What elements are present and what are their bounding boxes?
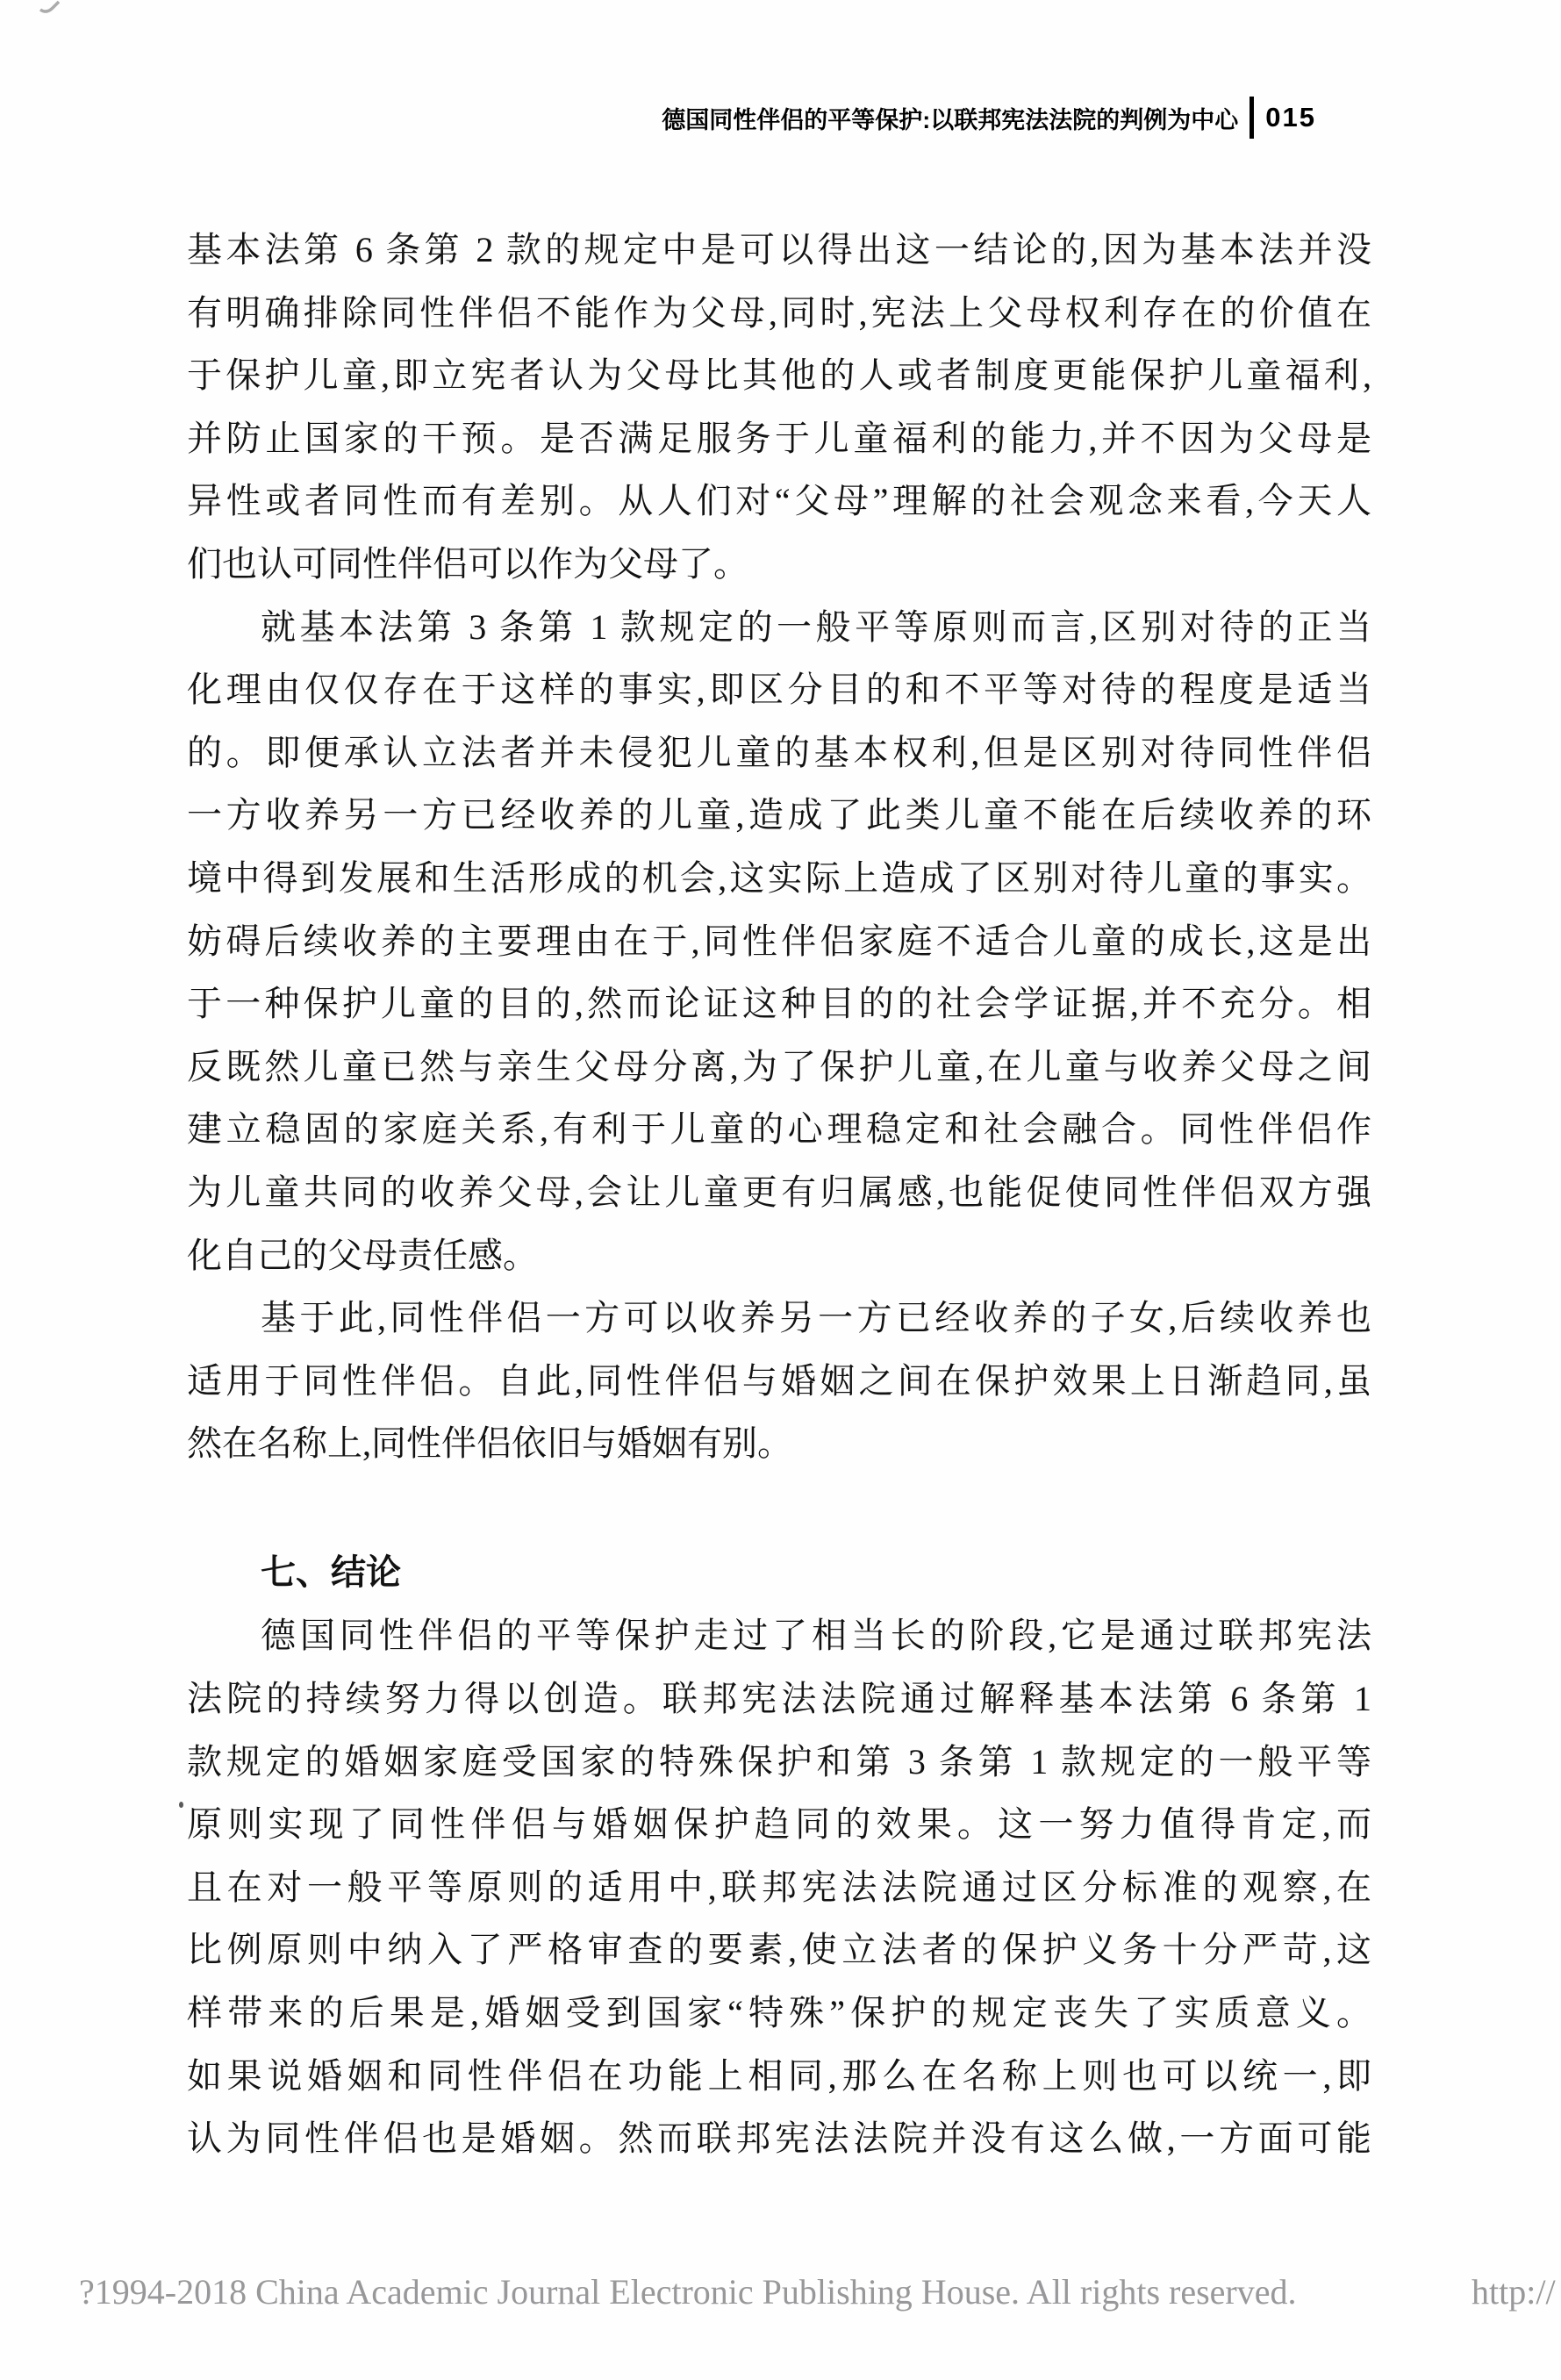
text-line: 样带来的后果是,婚姻受到国家“特殊”保护的规定丧失了实质意义。 — [187, 1982, 1371, 2045]
text-line: 于保护儿童,即立宪者认为父母比其他的人或者制度更能保护儿童福利, — [187, 344, 1371, 407]
text-line: 化理由仅仅存在于这样的事实,即区分目的和不平等对待的程度是适当 — [187, 658, 1371, 721]
text-line: 的。即便承认立法者并未侵犯儿童的基本权利,但是区别对待同性伴侣 — [187, 721, 1371, 785]
text-line: 异性或者同性而有差别。从人们对“父母”理解的社会观念来看,今天人 — [187, 470, 1371, 533]
body-text: 基本法第 6 条第 2 款的规定中是可以得出这一结论的,因为基本法并没有明确排除… — [187, 219, 1371, 2170]
text-line: 德国同性伴侣的平等保护走过了相当长的阶段,它是通过联邦宪法 — [187, 1604, 1371, 1667]
text-line: 然在名称上,同性伴侣依旧与婚姻有别。 — [187, 1412, 1371, 1475]
paragraph: 基本法第 6 条第 2 款的规定中是可以得出这一结论的,因为基本法并没有明确排除… — [187, 219, 1371, 596]
text-line: 反既然儿童已然与亲生父母分离,为了保护儿童,在儿童与收养父母之间 — [187, 1036, 1371, 1099]
scan-artifact — [39, 0, 61, 14]
text-line: 有明确排除同性伴侣不能作为父母,同时,宪法上父母权利存在的价值在 — [187, 282, 1371, 345]
text-line: 款规定的婚姻家庭受国家的特殊保护和第 3 条第 1 款规定的一般平等 — [187, 1731, 1371, 1794]
text-line: 且在对一般平等原则的适用中,联邦宪法法院通过区分标准的观察,在 — [187, 1856, 1371, 1919]
page-number: 015 — [1265, 102, 1316, 133]
scanned-journal-page: 德国同性伴侣的平等保护:以联邦宪法法院的判例为中心 015 基本法第 6 条第 … — [0, 0, 1561, 2380]
text-line: 并防止国家的干预。是否满足服务于儿童福利的能力,并不因为父母是 — [187, 407, 1371, 470]
text-line: 原则实现了同性伴侣与婚姻保护趋同的效果。这一努力值得肯定,而 — [187, 1793, 1371, 1856]
text-line: 就基本法第 3 条第 1 款规定的一般平等原则而言,区别对待的正当 — [187, 596, 1371, 659]
text-line: 化自己的父母责任感。 — [187, 1224, 1371, 1287]
footer: ?1994-2018 China Academic Journal Electr… — [0, 2271, 1561, 2324]
text-line: 基于此,同性伴侣一方可以收养另一方已经收养的子女,后续收养也 — [187, 1287, 1371, 1350]
text-line: 们也认可同性伴侣可以作为父母了。 — [187, 533, 1371, 596]
text-line: 认为同性伴侣也是婚姻。然而联邦宪法法院并没有这么做,一方面可能 — [187, 2107, 1371, 2170]
paragraph: 德国同性伴侣的平等保护走过了相当长的阶段,它是通过联邦宪法法院的持续努力得以创造… — [187, 1604, 1371, 2169]
text-line: 基本法第 6 条第 2 款的规定中是可以得出这一结论的,因为基本法并没 — [187, 219, 1371, 282]
text-line: 如果说婚姻和同性伴侣在功能上相同,那么在名称上则也可以统一,即 — [187, 2045, 1371, 2108]
paragraph: 就基本法第 3 条第 1 款规定的一般平等原则而言,区别对待的正当化理由仅仅存在… — [187, 596, 1371, 1287]
text-line: 为儿童共同的收养父母,会让儿童更有归属感,也能促使同性伴侣双方强 — [187, 1161, 1371, 1224]
text-line: 建立稳固的家庭关系,有利于儿童的心理稳定和社会融合。同性伴侣作 — [187, 1098, 1371, 1161]
text-line: 一方收养另一方已经收养的儿童,造成了此类儿童不能在后续收养的环 — [187, 784, 1371, 847]
text-line: 妨碍后续收养的主要理由在于,同性伴侣家庭不适合儿童的成长,这是出 — [187, 910, 1371, 973]
footer-url-fragment: http:// — [1471, 2271, 1556, 2312]
text-line: 适用于同性伴侣。自此,同性伴侣与婚姻之间在保护效果上日渐趋同,虽 — [187, 1350, 1371, 1413]
section-heading: 七、结论 — [187, 1542, 1371, 1605]
running-head: 德国同性伴侣的平等保护:以联邦宪法法院的判例为中心 015 — [0, 95, 1316, 140]
header-divider — [1250, 97, 1254, 139]
paragraph: 基于此,同性伴侣一方可以收养另一方已经收养的子女,后续收养也适用于同性伴侣。自此… — [187, 1287, 1371, 1475]
text-line: 法院的持续努力得以创造。联邦宪法法院通过解释基本法第 6 条第 1 — [187, 1667, 1371, 1731]
text-line: 于一种保护儿童的目的,然而论证这种目的的社会学证据,并不充分。相 — [187, 972, 1371, 1036]
text-line: 境中得到发展和生活形成的机会,这实际上造成了区别对待儿童的事实。 — [187, 847, 1371, 910]
scan-artifact — [179, 1802, 183, 1808]
text-line: 比例原则中纳入了严格审查的要素,使立法者的保护义务十分严苛,这 — [187, 1918, 1371, 1982]
copyright-notice: ?1994-2018 China Academic Journal Electr… — [79, 2271, 1297, 2312]
running-head-title: 德国同性伴侣的平等保护:以联邦宪法法院的判例为中心 — [662, 101, 1238, 135]
